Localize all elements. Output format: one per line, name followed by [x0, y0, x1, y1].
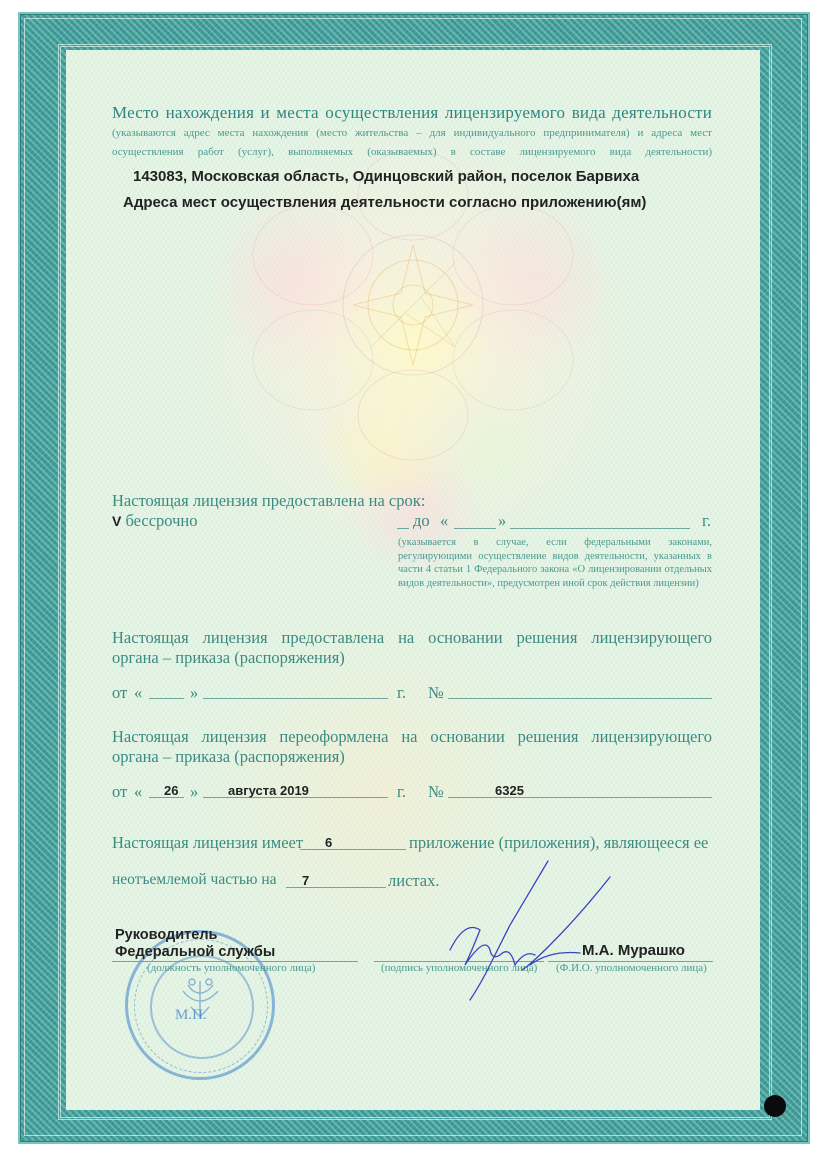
- appendices-count-line: [300, 849, 406, 850]
- granted-day-field[interactable]: [149, 698, 184, 699]
- appendices-text2: приложение (приложения), являющееся ее: [409, 833, 708, 853]
- appendices-sheets: 7: [302, 873, 309, 888]
- term-perpetual-option[interactable]: V бессрочно: [112, 511, 197, 531]
- reissued-close-quote: »: [190, 782, 198, 802]
- term-until-label: до: [413, 511, 430, 531]
- granted-number-label: №: [428, 683, 444, 703]
- printer-imprint: [210, 1133, 630, 1143]
- signer-position-line1: Руководитель: [115, 927, 217, 943]
- appendices-text3: неотъемлемой частью на: [112, 871, 277, 889]
- appendices-count: 6: [325, 835, 332, 850]
- reissued-line2: органа – приказа (распоряжения): [112, 747, 345, 767]
- term-day-field[interactable]: [454, 528, 496, 529]
- reissued-from-label: от: [112, 782, 127, 802]
- granted-month-year-field[interactable]: [203, 698, 388, 699]
- reissued-open-quote: «: [134, 782, 142, 802]
- reissued-number-line: [448, 797, 712, 798]
- granted-close-quote: »: [190, 683, 198, 703]
- term-close-quote: »: [498, 511, 506, 531]
- granted-line2: органа – приказа (распоряжения): [112, 648, 345, 668]
- term-heading: Настоящая лицензия предоставлена на срок…: [112, 491, 425, 511]
- granted-line1: Настоящая лицензия предоставлена на осно…: [112, 628, 712, 648]
- reissued-line1: Настоящая лицензия переоформлена на осно…: [112, 727, 712, 747]
- reissued-day: 26: [164, 783, 178, 798]
- activity-addresses-note: Адреса мест осуществления деятельности с…: [123, 194, 646, 211]
- position-caption: (должность уполномоченного лица): [147, 962, 315, 974]
- term-note: (указывается в случае, если федеральными…: [398, 536, 712, 590]
- reissued-year-suffix: г.: [397, 782, 406, 802]
- reissued-number: 6325: [495, 783, 524, 798]
- location-heading: Место нахождения и места осуществления л…: [112, 103, 712, 123]
- reissued-number-label: №: [428, 782, 444, 802]
- signer-position-line2: Федеральной службы: [115, 944, 275, 960]
- location-note-line1: (указываются адрес места нахождения (мес…: [112, 127, 712, 139]
- appendices-text1: Настоящая лицензия имеет: [112, 833, 303, 853]
- term-month-year-field[interactable]: [510, 528, 690, 529]
- term-year-suffix: г.: [702, 511, 711, 531]
- handwritten-signature-icon: [430, 855, 620, 1005]
- term-open-quote: «: [440, 511, 448, 531]
- reissued-month-year: августа 2019: [228, 783, 309, 798]
- stamp-placeholder-label: М.П.: [175, 1007, 207, 1024]
- term-option-blank: [397, 528, 409, 529]
- appendices-sheets-line: [286, 887, 386, 888]
- perpetual-checkmark: V: [112, 513, 121, 529]
- punch-hole: [764, 1095, 786, 1117]
- license-address: 143083, Московская область, Одинцовский …: [133, 168, 639, 185]
- granted-number-field[interactable]: [448, 698, 712, 699]
- granted-year-suffix: г.: [397, 683, 406, 703]
- perpetual-label: бессрочно: [125, 511, 197, 530]
- granted-open-quote: «: [134, 683, 142, 703]
- granted-from-label: от: [112, 683, 127, 703]
- location-note-line2: осуществления работ (услуг), выполняемых…: [112, 146, 712, 158]
